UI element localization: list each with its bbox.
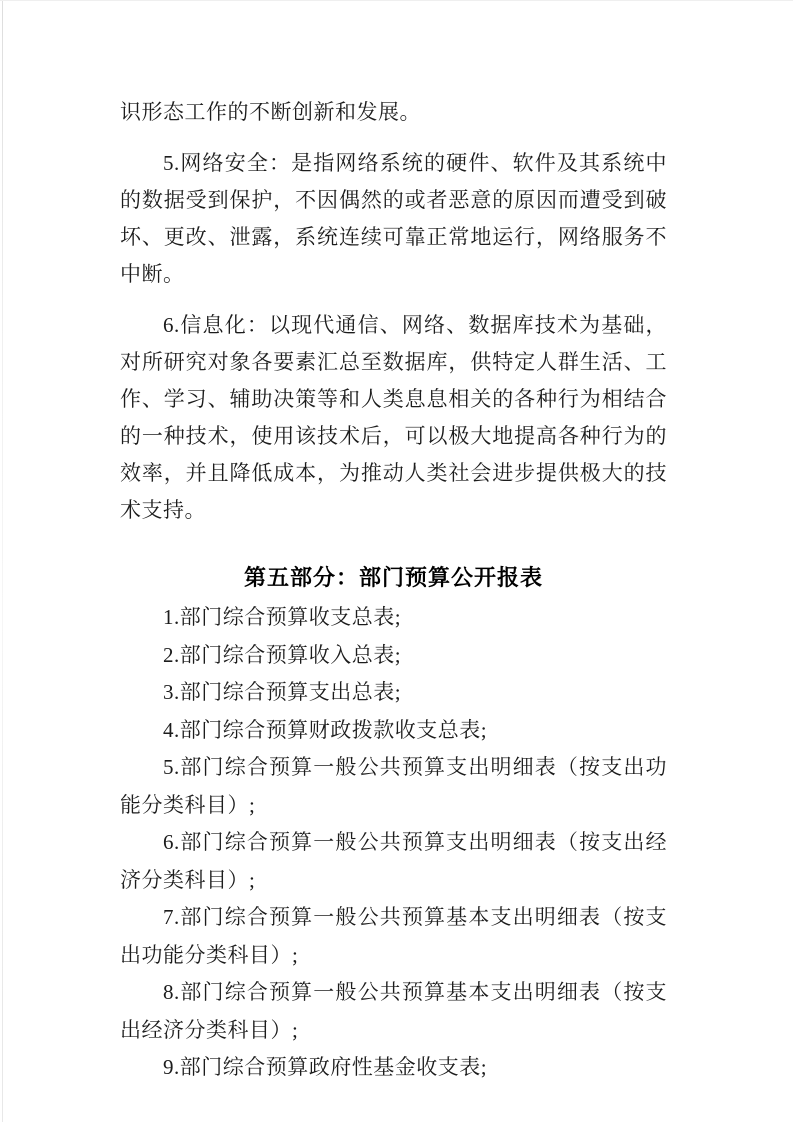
paragraph-definition-network-security: 5.网络安全：是指网络系统的硬件、软件及其系统中的数据受到保护，不因偶然的或者恶… xyxy=(120,145,667,293)
list-item: 7.部门综合预算一般公共预算基本支出明细表（按支出功能分类科目）; xyxy=(120,899,667,974)
list-item: 4.部门综合预算财政拨款收支总表; xyxy=(120,712,667,750)
list-item: 1.部门综合预算收支总表; xyxy=(120,599,667,637)
list-item: 5.部门综合预算一般公共预算支出明细表（按支出功能分类科目）; xyxy=(120,749,667,824)
scan-edge-artifact xyxy=(2,0,3,1122)
list-item: 6.部门综合预算一般公共预算支出明细表（按支出经济分类科目）; xyxy=(120,824,667,899)
section-heading: 第五部分：部门预算公开报表 xyxy=(120,559,667,596)
list-item: 9.部门综合预算政府性基金收支表; xyxy=(120,1049,667,1087)
list-item: 2.部门综合预算收入总表; xyxy=(120,637,667,675)
paragraph-continuation: 识形态工作的不断创新和发展。 xyxy=(120,94,667,131)
list-item: 8.部门综合预算一般公共预算基本支出明细表（按支出经济分类科目）; xyxy=(120,974,667,1049)
paragraph-definition-informatization: 6.信息化：以现代通信、网络、数据库技术为基础，对所研究对象各要素汇总至数据库，… xyxy=(120,307,667,529)
scan-edge-artifact-top xyxy=(0,0,793,1)
list-item: 3.部门综合预算支出总表; xyxy=(120,674,667,712)
document-page: 识形态工作的不断创新和发展。 5.网络安全：是指网络系统的硬件、软件及其系统中的… xyxy=(0,0,793,1122)
